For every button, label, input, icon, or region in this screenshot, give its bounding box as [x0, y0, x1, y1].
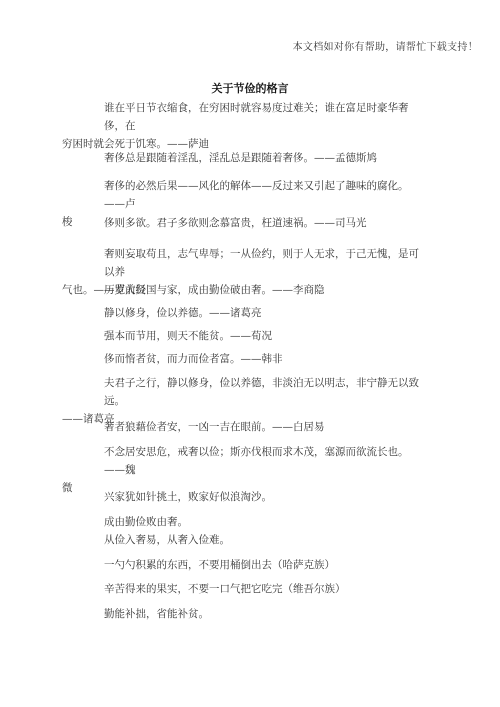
quote-item: 兴家犹如针挑土，败家好似浪淘沙。: [84, 488, 424, 506]
quote-line: 奢则妄取苟且，志气卑辱；一从俭约，则于人无求，于己无愧，是可以养: [84, 245, 424, 281]
quote-line: 勤能补拙，省能补贫。: [104, 608, 209, 620]
quote-item: 侈则多欲。君子多欲则念慕富贵，枉道速祸。——司马光: [84, 214, 424, 232]
quote-line: 从俭入奢易，从奢入俭难。: [104, 534, 230, 546]
quote-line: 兴家犹如针挑土，败家好似浪淘沙。: [104, 491, 272, 503]
quote-item: 历览前贤国与家，成由勤俭破由奢。——李商隐: [84, 281, 424, 299]
quote-line: 奢者狼藉俭者安，一凶一吉在眼前。——白居易: [104, 421, 325, 433]
quote-item: 谁在平日节衣缩食，在穷困时就容易度过难关；谁在富足时豪华奢侈，在 穷困时就会死于…: [84, 99, 424, 153]
quote-item: 奢侈总是跟随着淫乱，淫乱总是跟随着奢侈。——孟德斯鸠: [84, 149, 424, 167]
quote-line: 历览前贤国与家，成由勤俭破由奢。——李商隐: [104, 284, 325, 296]
quote-line: 侈而惰者贫，而力而俭者富。——韩非: [104, 353, 283, 365]
quote-item: 一勺勺积累的东西，不要用桶倒出去（哈萨克族）: [84, 556, 424, 574]
quote-line: 成由勤俭败由奢。: [104, 516, 188, 528]
quote-line: 辛苦得来的果实，不要一口气把它吃完（维吾尔族）: [104, 583, 346, 595]
quote-item: 奢者狼藉俭者安，一凶一吉在眼前。——白居易: [84, 418, 424, 436]
quote-line: 夫君子之行，静以修身，俭以养德，非淡泊无以明志，非宁静无以致远。: [84, 374, 424, 410]
quote-line: 奢侈的必然后果——风化的解体——反过来又引起了趣味的腐化。——卢: [84, 177, 424, 213]
quote-line: 侈则多欲。君子多欲则念慕富贵，枉道速祸。——司马光: [104, 217, 367, 229]
quote-line: 静以修身，俭以养德。——诸葛亮: [104, 307, 262, 319]
quote-line: 谁在平日节衣缩食，在穷困时就容易度过难关；谁在富足时豪华奢侈，在: [84, 99, 424, 135]
quote-line: 不念居安思危，戒奢以俭；斯亦伐根而求木茂，塞源而欲流长也。——魏: [84, 443, 424, 479]
quote-item: 侈而惰者贫，而力而俭者富。——韩非: [84, 350, 424, 368]
quote-item: 静以修身，俭以养德。——诸葛亮: [84, 304, 424, 322]
quote-line: 一勺勺积累的东西，不要用桶倒出去（哈萨克族）: [104, 559, 335, 571]
quote-item: 从俭入奢易，从奢入俭难。: [84, 531, 424, 549]
quote-list: 谁在平日节衣缩食，在穷困时就容易度过难关；谁在富足时豪华奢侈，在 穷困时就会死于…: [84, 0, 424, 707]
quote-item: 强本而节用，则天不能贫。——荀况: [84, 327, 424, 345]
quote-line: 强本而节用，则天不能贫。——荀况: [104, 330, 272, 342]
quote-line: 奢侈总是跟随着淫乱，淫乱总是跟随着奢侈。——孟德斯鸠: [104, 152, 377, 164]
quote-item: 辛苦得来的果实，不要一口气把它吃完（维吾尔族）: [84, 580, 424, 598]
quote-item: 成由勤俭败由奢。: [84, 513, 424, 531]
quote-item: 勤能补拙，省能补贫。: [84, 605, 424, 623]
